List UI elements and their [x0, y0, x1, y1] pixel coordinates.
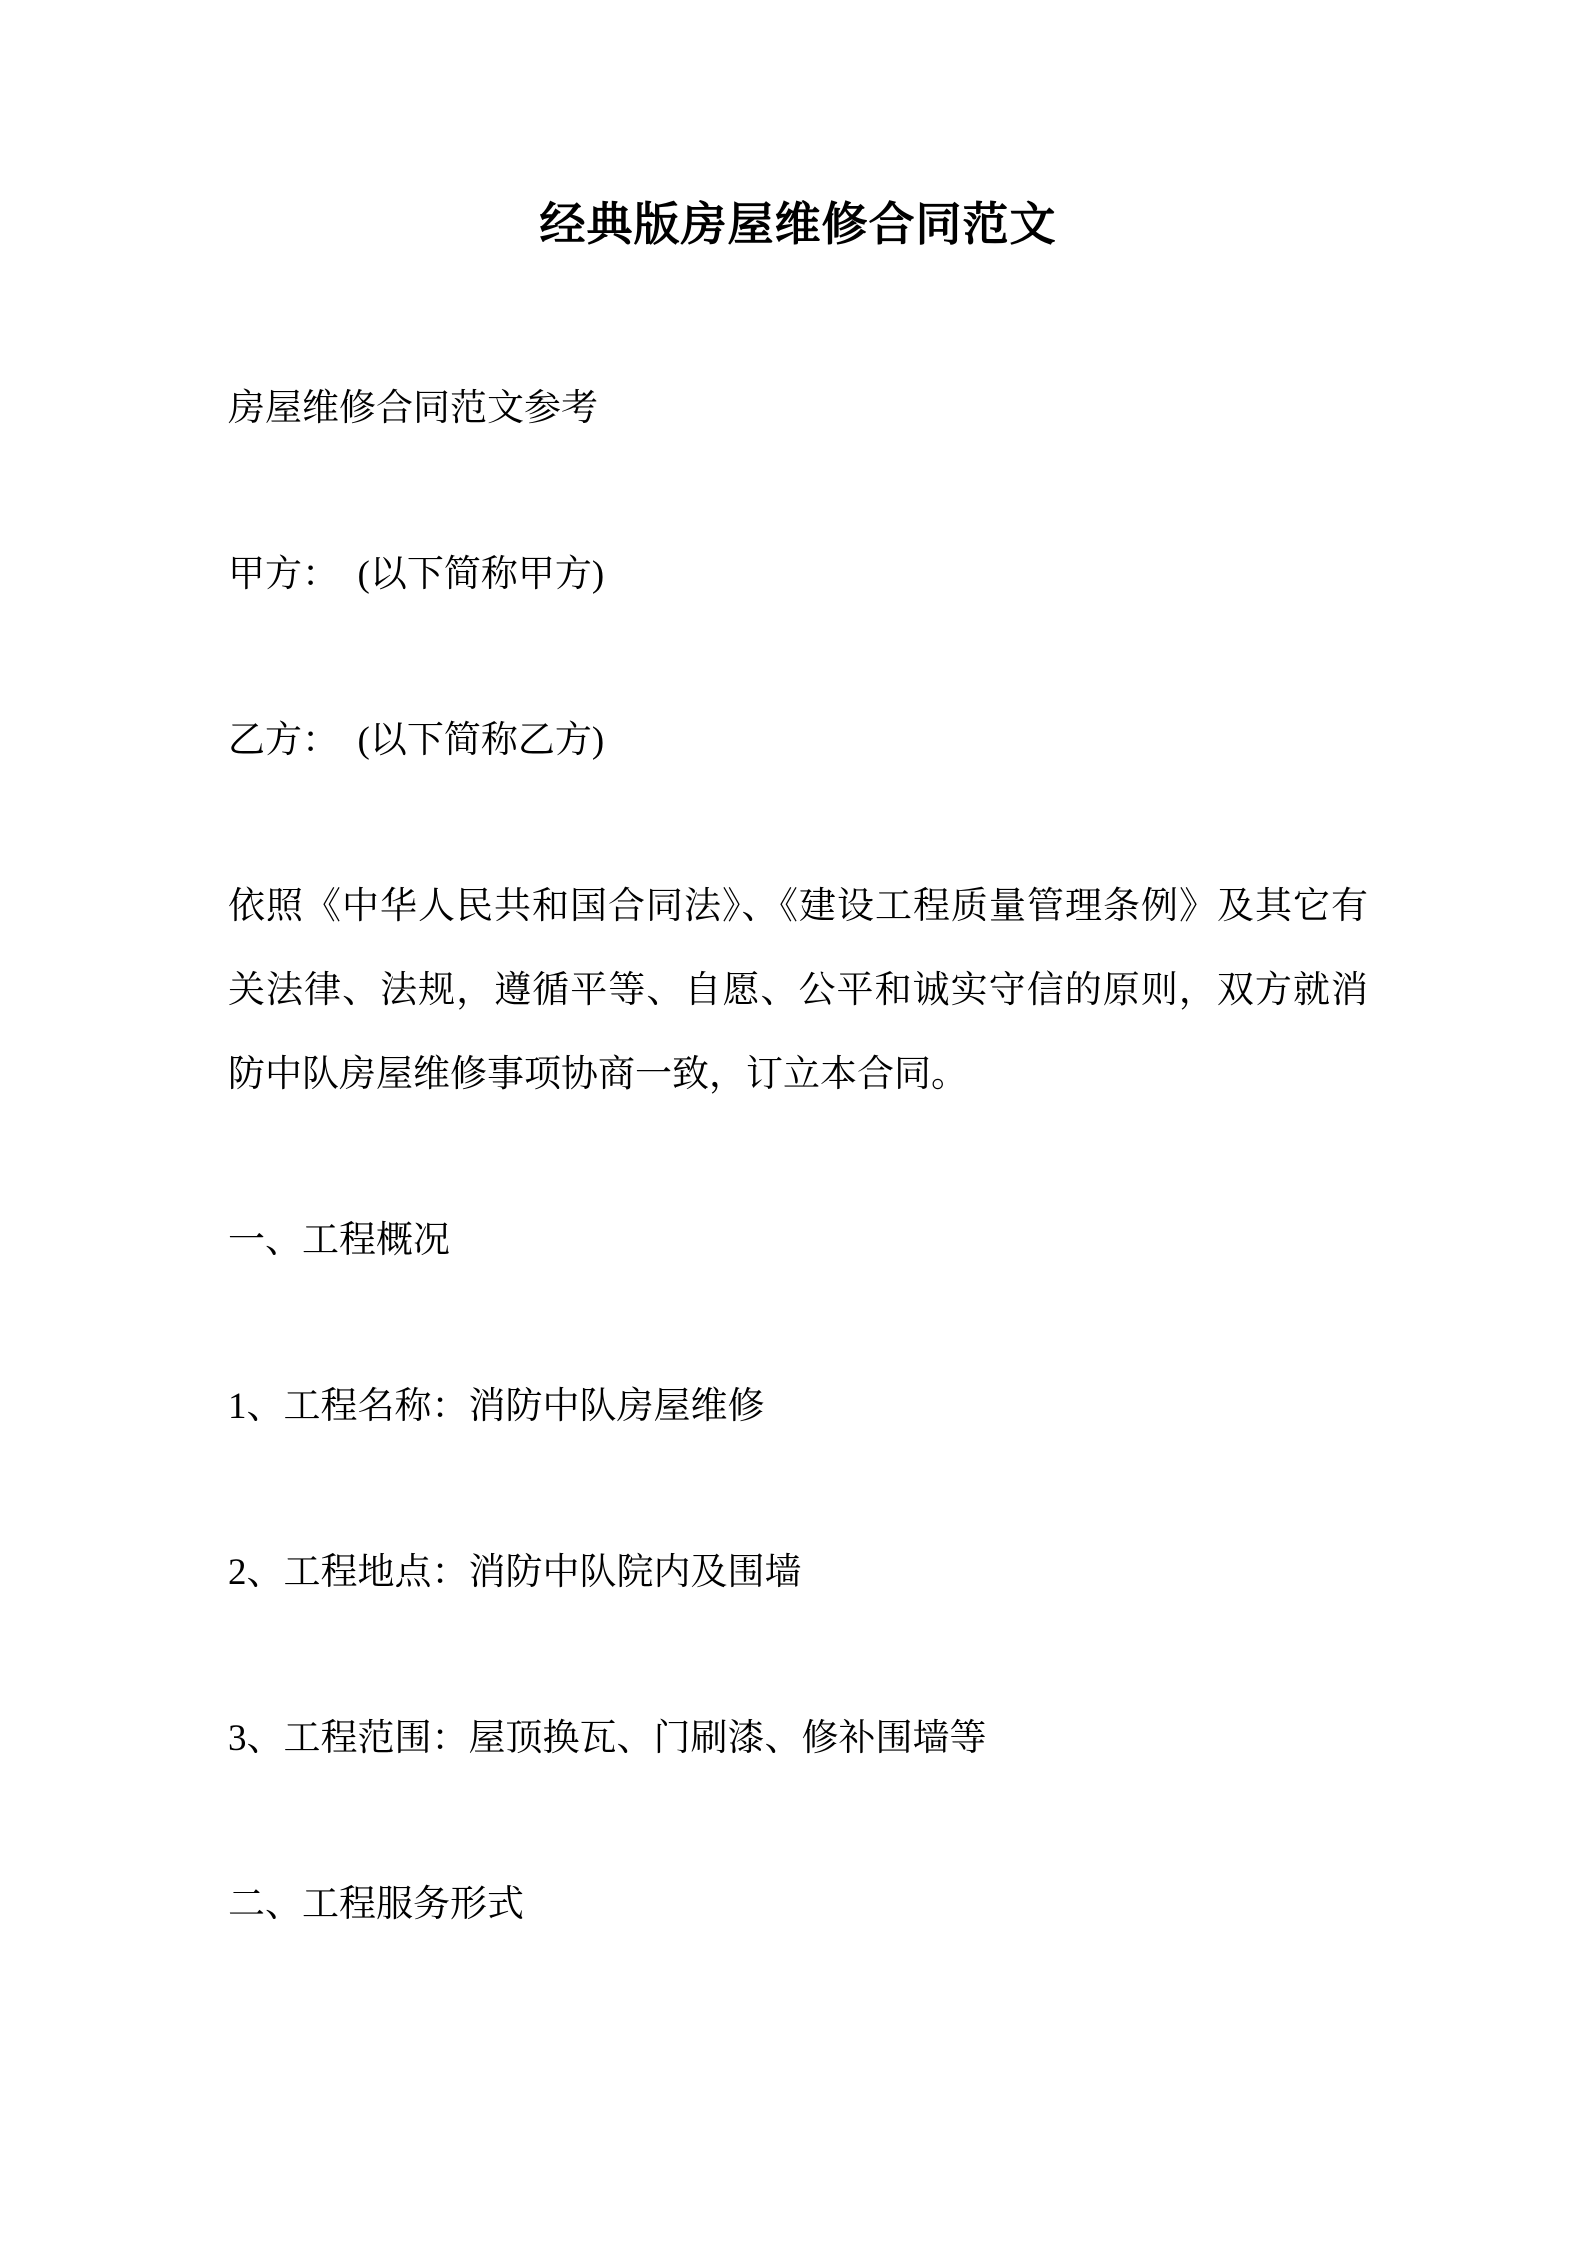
- clause-project-scope: 3、工程范围：屋顶换瓦、门刷漆、修补围墙等: [228, 1697, 1368, 1781]
- party-a-line: 甲方： (以下简称甲方): [228, 533, 1368, 617]
- clause-project-name: 1、工程名称：消防中队房屋维修: [228, 1365, 1368, 1449]
- party-b-line: 乙方： (以下简称乙方): [228, 699, 1368, 783]
- section-1-heading: 一、工程概况: [228, 1199, 1368, 1283]
- preamble-paragraph: 依照《中华人民共和国合同法》、《建设工程质量管理条例》及其它有关法律、法规，遵循…: [228, 865, 1368, 1117]
- section-2-heading: 二、工程服务形式: [228, 1863, 1368, 1947]
- clause-project-location: 2、工程地点：消防中队院内及围墙: [228, 1531, 1368, 1615]
- document-page: 经典版房屋维修合同范文 房屋维修合同范文参考 甲方： (以下简称甲方) 乙方： …: [0, 0, 1586, 2244]
- document-title: 经典版房屋维修合同范文: [228, 185, 1368, 265]
- document-subtitle: 房屋维修合同范文参考: [228, 367, 1368, 451]
